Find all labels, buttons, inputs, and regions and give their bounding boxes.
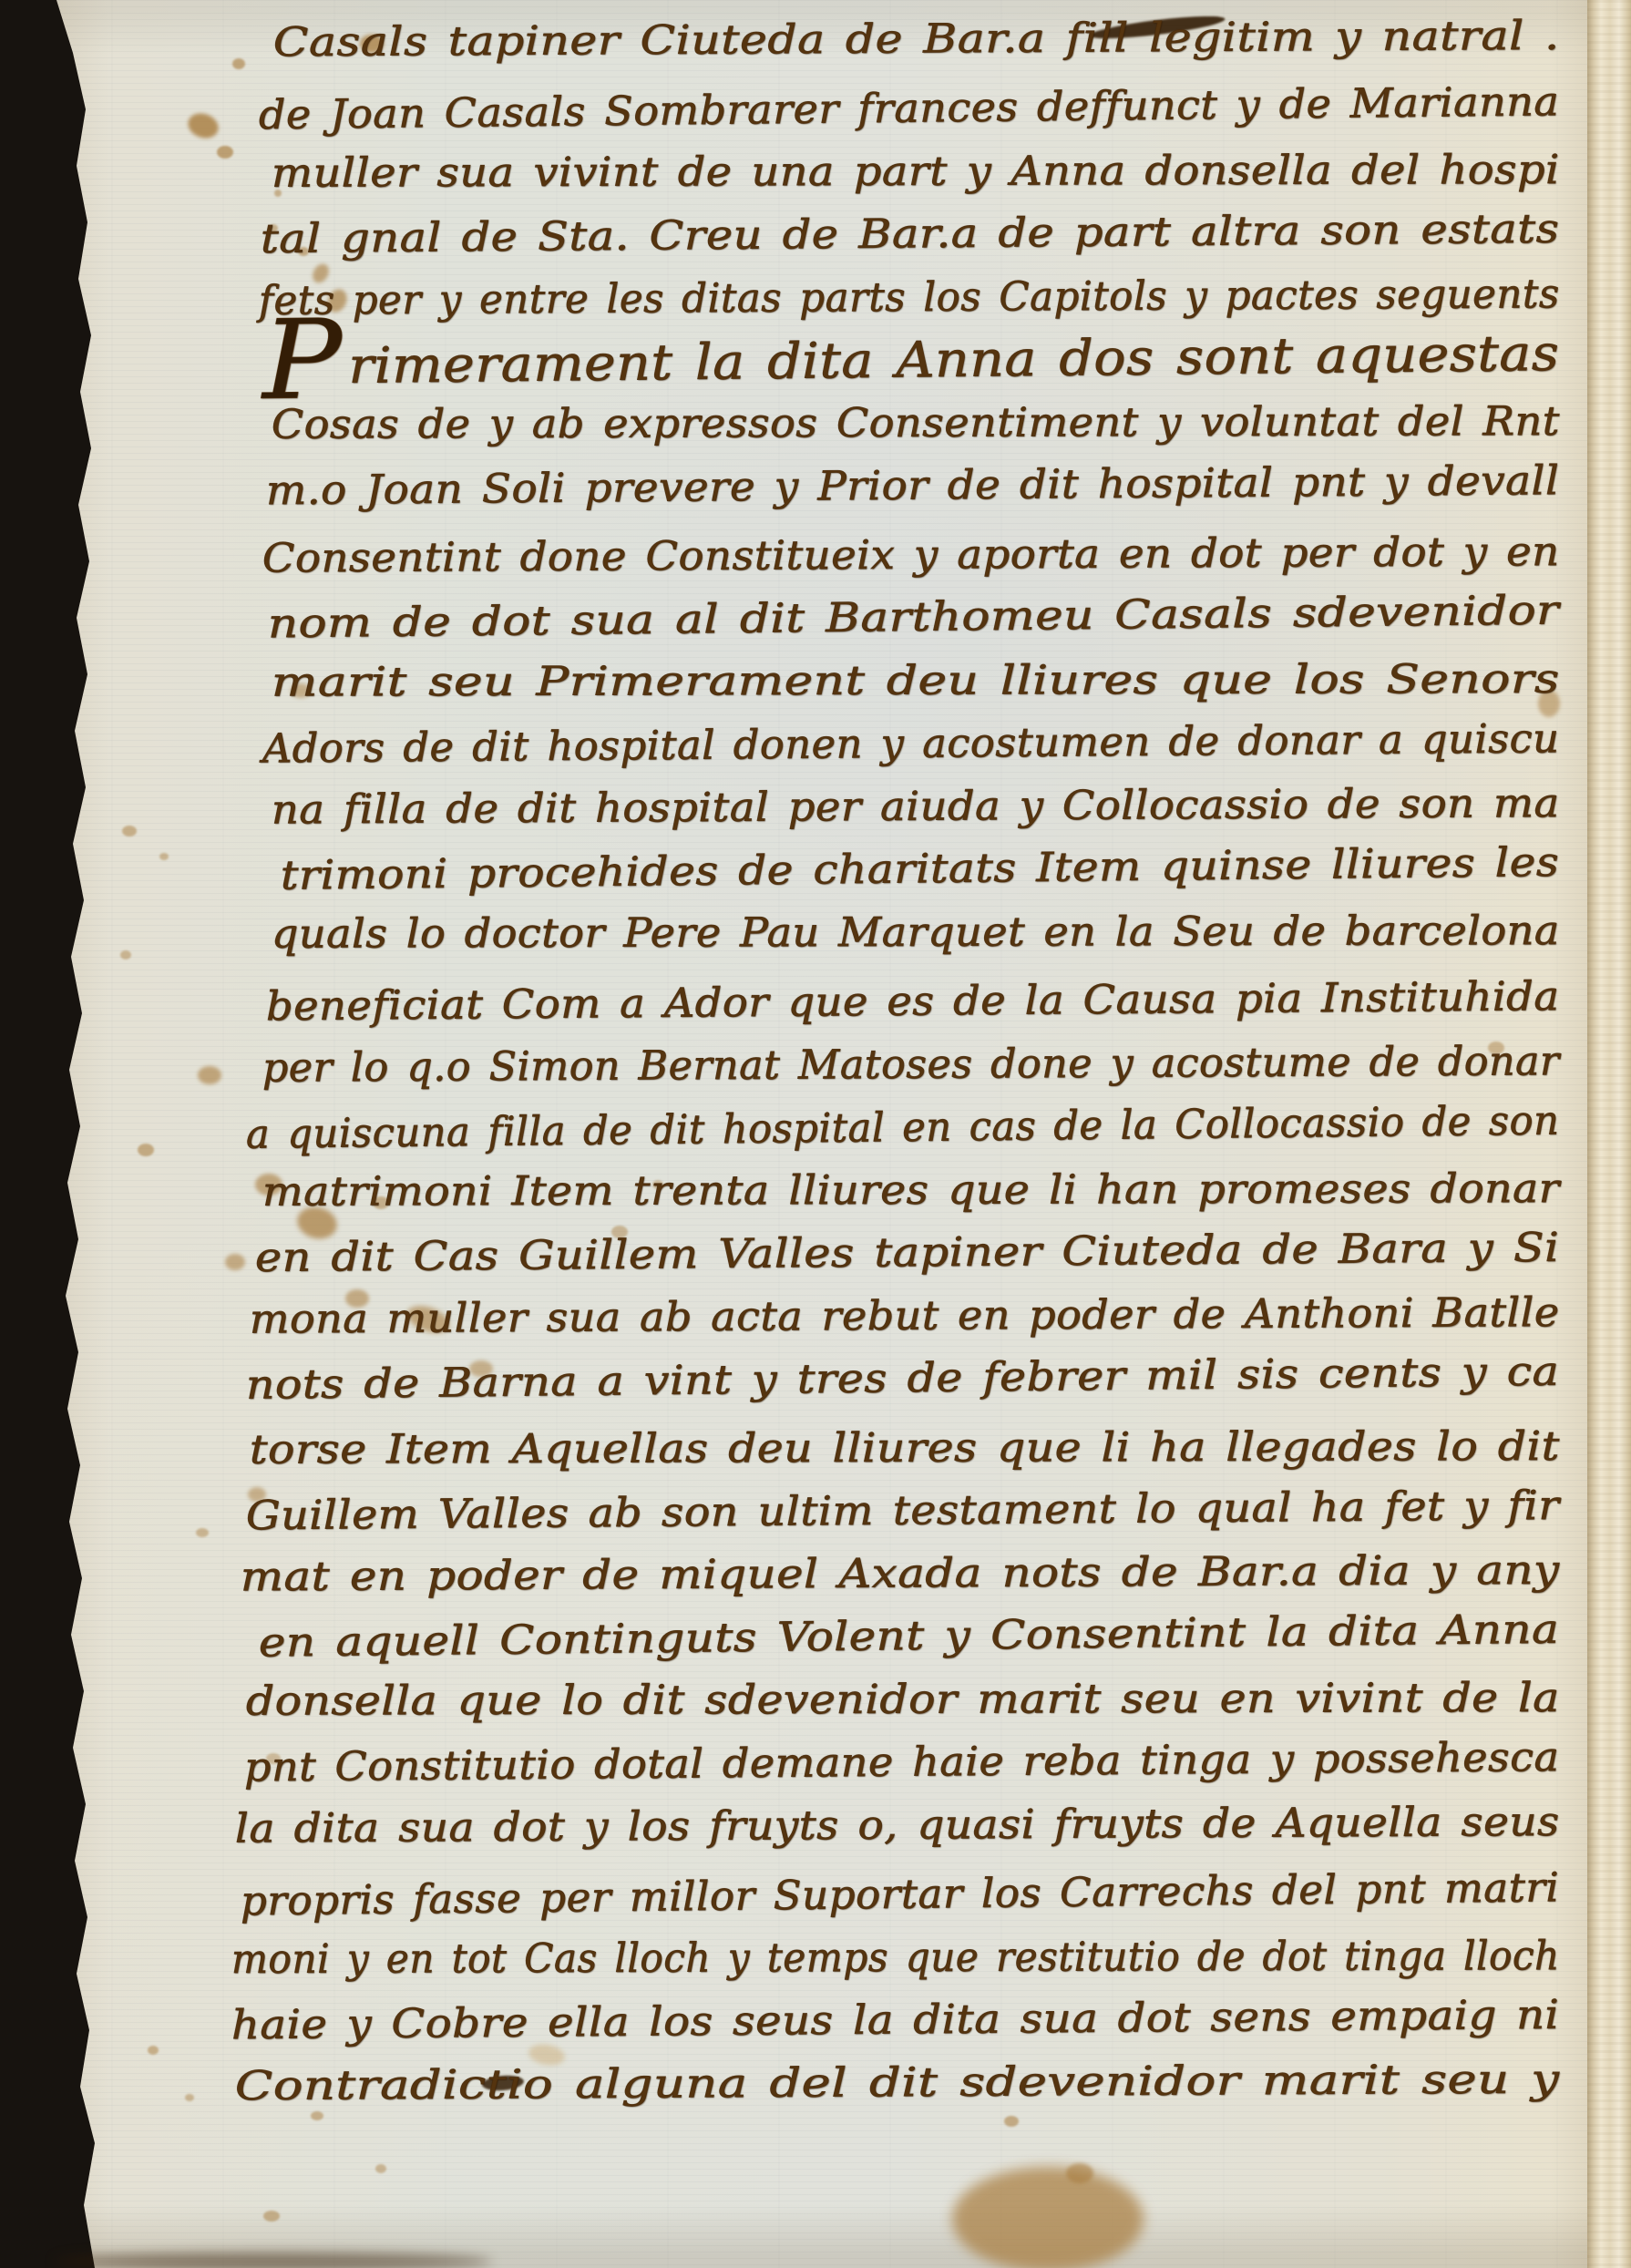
text-line: beneficiat Com a Ador que es de la Causa… bbox=[266, 970, 1496, 1043]
text-line: mona muller sua ab acta rebut en poder d… bbox=[250, 1285, 1505, 1355]
text-line: Casals tapiner Ciuteda de Bar.a fill leg… bbox=[273, 9, 1400, 78]
text-line: de Joan Casals Sombrarer frances deffunc… bbox=[259, 75, 1503, 151]
text-line: m.o Joan Soli prevere y Prior de dit hos… bbox=[266, 454, 1486, 528]
drop-cap-initial: P bbox=[262, 361, 343, 362]
text-line: nots de Barna a vint y tres de febrer mi… bbox=[246, 1345, 1430, 1421]
text-line: pnt Constitutio dotal demane haie reba t… bbox=[244, 1730, 1503, 1804]
text-line: muller sua vivint de una part y Anna don… bbox=[272, 142, 1463, 209]
text-line: Cosas de y ab expressos Consentiment y v… bbox=[272, 394, 1503, 461]
text-line: Primerament la dita Anna dos sont aquest… bbox=[262, 326, 1462, 403]
text-line: mat en poder de miquel Axada nots de Bar… bbox=[241, 1544, 1412, 1614]
text-line: matrimoni Item trenta lliures que li han… bbox=[262, 1161, 1473, 1227]
text-line: Contradictio alguna del dit sdevenidor m… bbox=[235, 2053, 1315, 2122]
text-line: propris fasse per millor Suportar los Ca… bbox=[241, 1861, 1528, 1938]
text-line: Adors de dit hospital donen y acostumen … bbox=[262, 711, 1540, 785]
text-line: Consentint done Constitueix y aporta en … bbox=[262, 524, 1491, 594]
text-line: trimoni procehides de charitats Item qui… bbox=[281, 836, 1443, 911]
text-line: marit seu Primerament deu lliures que lo… bbox=[272, 652, 1339, 718]
text-line: torse Item Aquellas deu lliures que li h… bbox=[250, 1419, 1434, 1485]
text-line: donsella que lo dit sdevenidor marit seu… bbox=[246, 1670, 1433, 1737]
text-line: haie y Cobre ella los seus la dita sua d… bbox=[231, 1988, 1450, 2061]
text-line: quals lo doctor Pere Pau Marquet en la S… bbox=[272, 903, 1503, 970]
page-edge-strip bbox=[1587, 0, 1631, 2268]
text-line: tal gnal de Sta. Creu de Bar.a de part a… bbox=[261, 202, 1422, 275]
text-line: per lo q.o Simon Bernat Matoses done y a… bbox=[262, 1033, 1551, 1103]
text-line: la dita sua dot y los fruyts o, quasi fr… bbox=[235, 1794, 1480, 1864]
text-line: en dit Cas Guillem Valles tapiner Ciuted… bbox=[255, 1221, 1424, 1294]
text-line: moni y en tot Cas lloch y temps que rest… bbox=[231, 1928, 1616, 1996]
text-line: Guillem Valles ab son ultim testament lo… bbox=[246, 1479, 1469, 1553]
text-line: en aquell Continguts Volent y Consentint… bbox=[259, 1603, 1411, 1678]
text-line: nom de dot sua al dit Barthomeu Casals s… bbox=[268, 585, 1377, 661]
manuscript-text: Casals tapiner Ciuteda de Bar.a fill leg… bbox=[0, 0, 1631, 2268]
page-scan: Casals tapiner Ciuteda de Bar.a fill leg… bbox=[0, 0, 1631, 2268]
text-line: na filla de dit hospital per aiuda y Col… bbox=[272, 775, 1495, 846]
text-line: a quiscuna filla de dit hospital en cas … bbox=[246, 1093, 1585, 1170]
